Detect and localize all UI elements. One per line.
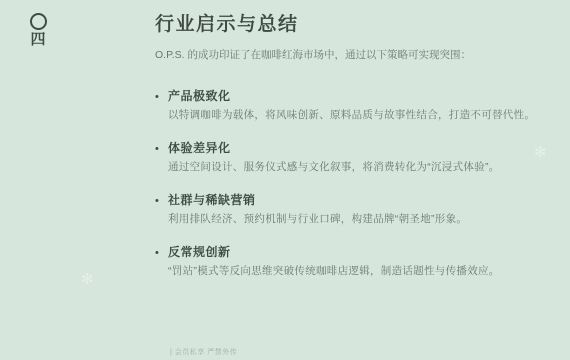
chapter-four-char: 四	[30, 32, 45, 48]
page-title: 行业启示与总结	[155, 12, 555, 38]
bullet-dot-icon: •	[155, 142, 168, 157]
snowflake-icon: ✻	[534, 145, 547, 160]
chapter-zero-circle-icon	[30, 13, 47, 30]
bullet-list: • 产品极致化 以特调咖啡为载体，将风味创新、原料品质与故事性结合，打造不可替代…	[155, 89, 555, 278]
bullet-dot-icon: •	[155, 90, 168, 105]
bullet-heading: 体验差异化	[168, 141, 231, 156]
bullet-item: • 产品极致化 以特调咖啡为载体，将风味创新、原料品质与故事性结合，打造不可替代…	[155, 89, 555, 122]
bullet-description: 以特调咖啡为载体，将风味创新、原料品质与故事性结合，打造不可替代性。	[155, 108, 555, 122]
bullet-description: “罚站”模式等反向思维突破传统咖啡店逻辑，制造话题性与传播效应。	[155, 264, 555, 278]
main-content: 行业启示与总结 O.P.S. 的成功印证了在咖啡红海市场中，通过以下策略可实现突…	[155, 12, 555, 297]
snowflake-icon: ✻	[81, 272, 94, 287]
bullet-description: 利用排队经济、预约机制与行业口碑，构建品牌“朝圣地”形象。	[155, 212, 555, 226]
footer-watermark: | 会员私享 严禁外传	[170, 347, 237, 357]
chapter-number: 四	[29, 13, 47, 48]
bullet-heading: 反常规创新	[168, 245, 231, 260]
bullet-item: • 体验差异化 通过空间设计、服务仪式感与文化叙事，将消费转化为“沉浸式体验”。	[155, 141, 555, 174]
bullet-item: • 反常规创新 “罚站”模式等反向思维突破传统咖啡店逻辑，制造话题性与传播效应。	[155, 245, 555, 278]
page-subtitle: O.P.S. 的成功印证了在咖啡红海市场中，通过以下策略可实现突围：	[155, 48, 555, 63]
bullet-heading: 产品极致化	[168, 89, 231, 104]
bullet-dot-icon: •	[155, 246, 168, 261]
bullet-dot-icon: •	[155, 194, 168, 209]
bullet-item: • 社群与稀缺营销 利用排队经济、预约机制与行业口碑，构建品牌“朝圣地”形象。	[155, 193, 555, 226]
bullet-description: 通过空间设计、服务仪式感与文化叙事，将消费转化为“沉浸式体验”。	[155, 160, 555, 174]
bullet-heading: 社群与稀缺营销	[168, 193, 256, 208]
slide: 四 行业启示与总结 O.P.S. 的成功印证了在咖啡红海市场中，通过以下策略可实…	[0, 0, 570, 360]
